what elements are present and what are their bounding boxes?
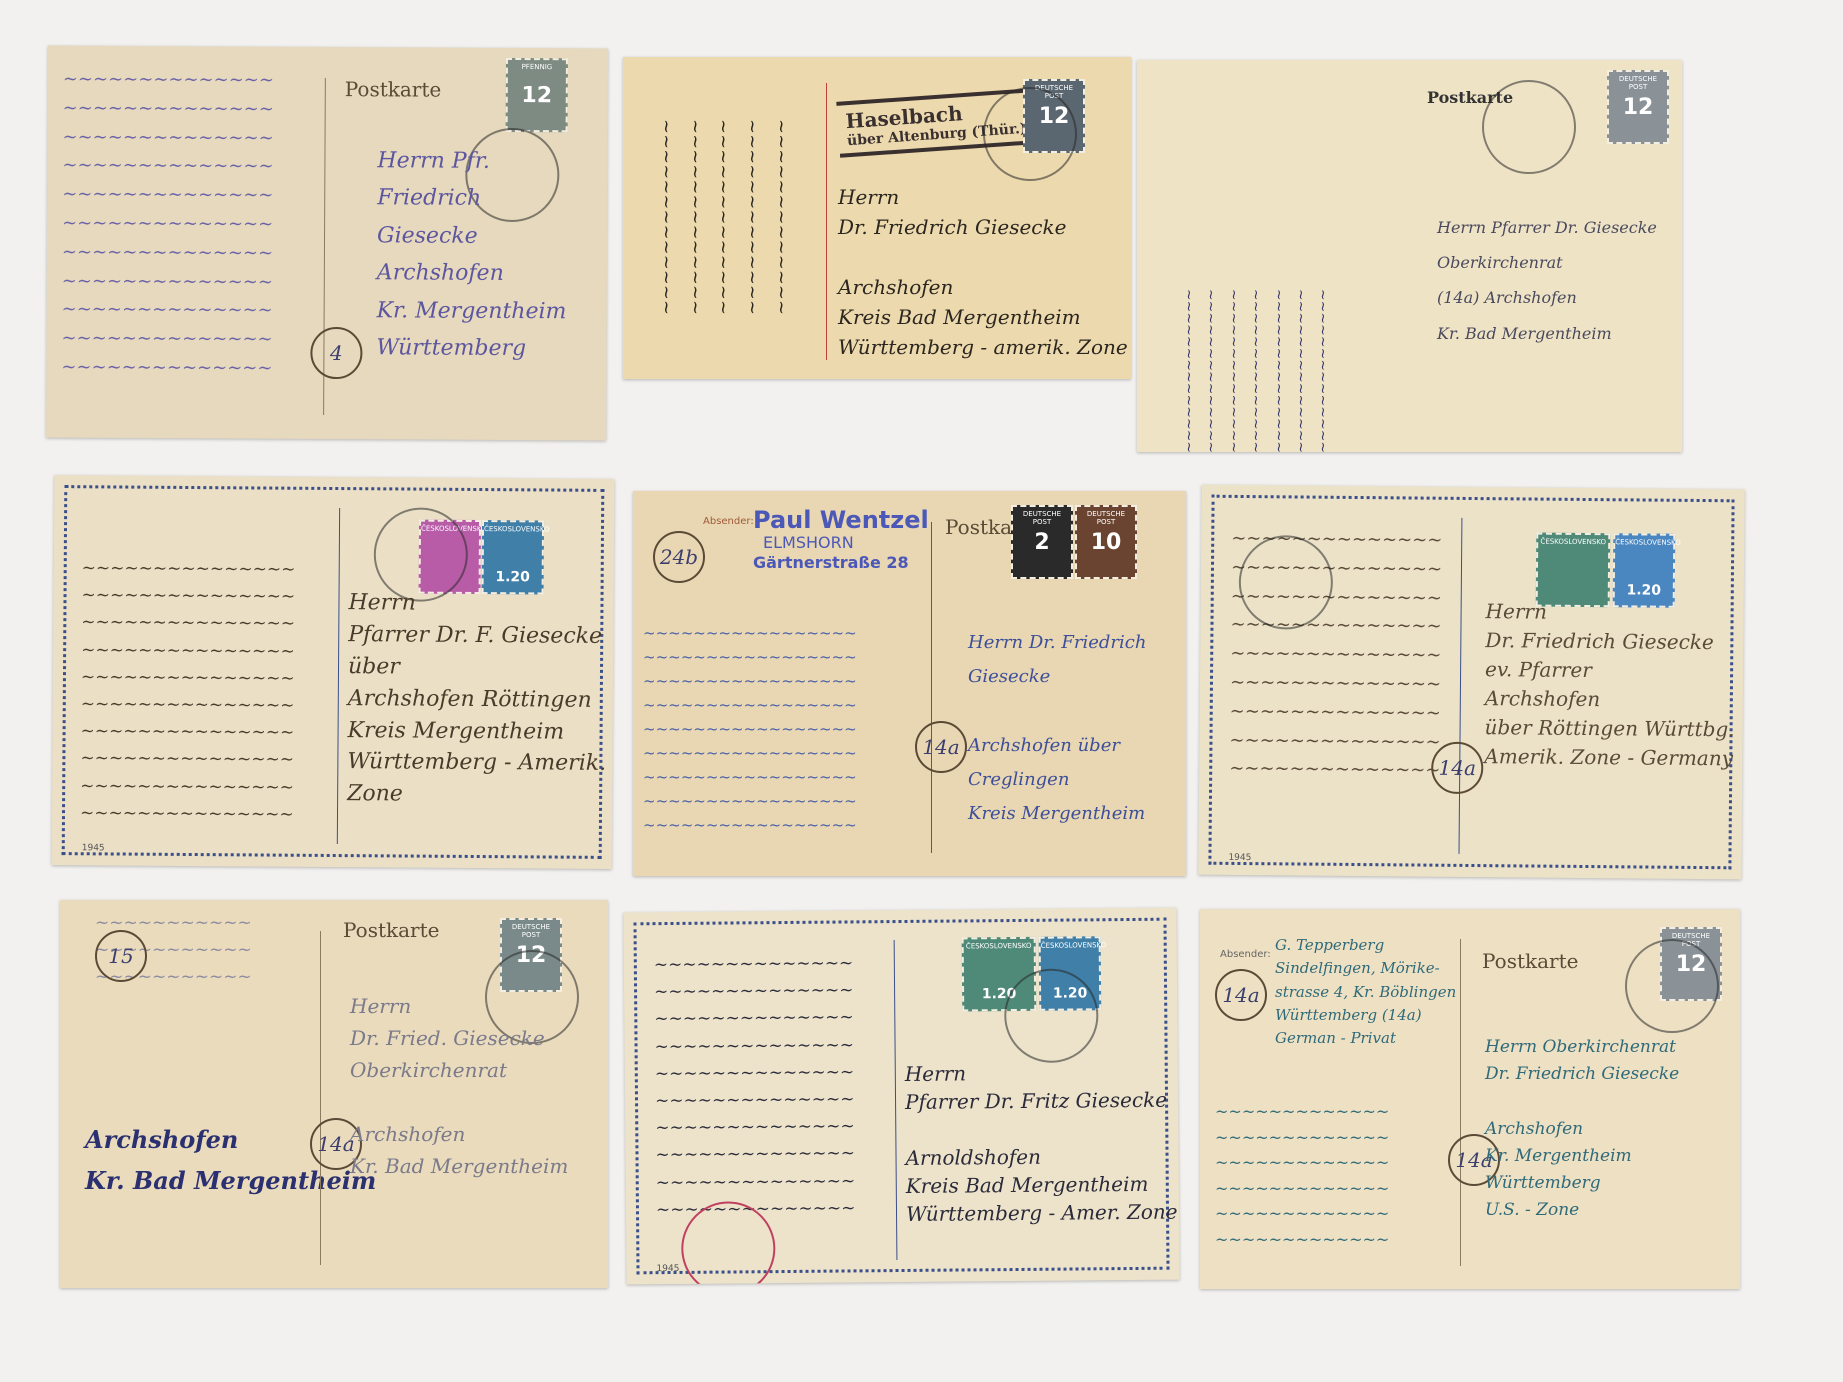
message-text: ~~~~~~~~~~~~~ ~~~~~~~~~~~~~ ~~~~~~~~~~~~… — [651, 119, 795, 379]
postcard-5: Absender: Paul Wentzel ELMSHORN Gärtners… — [633, 491, 1186, 876]
sender-label: Absender: — [1220, 949, 1271, 961]
address: Herrn Pfr. Friedrich Giesecke Archshofen… — [376, 142, 567, 367]
address: Herrn Pfarrer Dr. Giesecke Oberkirchenra… — [1437, 210, 1657, 351]
message-text: ~~~~~~~~~~~~~~ ~~~~~~~~~~~~~~ ~~~~~~~~~~… — [654, 950, 916, 1224]
print-year: 1945 — [1228, 853, 1251, 863]
message-text: ~~~~~~~~~~~~~ ~~~~~~~~~~~~~ ~~~~~~~~~~~~… — [1215, 1099, 1465, 1253]
stamp: DEUTSCHE POST2 — [1011, 505, 1073, 579]
divider — [320, 931, 321, 1265]
stamp: DEUTSCHE POST12 — [1607, 70, 1669, 144]
address: Herrn Dr. Friedrich Giesecke Archshofen … — [838, 182, 1128, 362]
address: Herrn Dr. Friedrich Giesecke ev. Pfarrer… — [1484, 597, 1736, 773]
postcard-1: ~~~~~~~~~~~~~~ ~~~~~~~~~~~~~~ ~~~~~~~~~~… — [46, 46, 608, 441]
zone-circle: 14a — [1431, 742, 1483, 794]
message-text: ~~~~~~~~~~~~~~~ ~~~~~~~~~~~~~~~ ~~~~~~~~… — [80, 555, 352, 829]
zone-circle: 15 — [95, 930, 147, 982]
zone-circle: 24b — [653, 531, 705, 583]
message-text: ~~~~~~~~~~~~~~ ~~~~~~~~~~~~~~ ~~~~~~~~~~… — [61, 66, 353, 384]
message-text: ~~~~~~~~~~~~~~~~~ ~~~~~~~~~~~~~~~~~ ~~~~… — [1179, 128, 1336, 452]
stamp: ČESKOSLOVENSKO1.20 — [482, 520, 545, 594]
postcard-title: Postkarte — [1482, 949, 1578, 973]
message-text: ~~~~~~~~~~~~~~~~~ ~~~~~~~~~~~~~~~~~ ~~~~… — [643, 621, 913, 837]
stamp-2: DEUTSCHE POST10 — [1075, 505, 1137, 579]
sender-name: Paul Wentzel — [753, 506, 929, 535]
address: Herrn Pfarrer Dr. Fritz Giesecke Arnolds… — [905, 1058, 1178, 1228]
divider — [826, 83, 827, 360]
postcard-6: ~~~~~~~~~~~~~~ ~~~~~~~~~~~~~~ ~~~~~~~~~~… — [1198, 485, 1744, 880]
postcard-8: ~~~~~~~~~~~~~~ ~~~~~~~~~~~~~~ ~~~~~~~~~~… — [623, 908, 1179, 1285]
sender-street: Gärtnerstraße 28 — [753, 553, 909, 572]
postcard-9: Absender: G. Tepperberg Sindelfingen, Mö… — [1200, 909, 1740, 1289]
zone-circle: 14a — [1215, 969, 1267, 1021]
postcard-title: Postkarte — [345, 77, 442, 102]
postmark — [1625, 939, 1719, 1033]
address: Herrn Dr. Fried. Giesecke Oberkirchenrat… — [350, 990, 568, 1182]
zone-circle: 4 — [310, 327, 362, 379]
postcard-7: ~~~~~~~~~~~ ~~~~~~~~~~~ ~~~~~~~~~~~ 15 A… — [60, 900, 608, 1288]
stamp: ČESKOSLOVENSKO1.20 — [1613, 533, 1676, 608]
postmark — [1004, 968, 1099, 1063]
address: Herrn Pfarrer Dr. F. Giesecke über Archs… — [347, 587, 614, 812]
print-year: 1945 — [82, 843, 105, 853]
postcard-2: ~~~~~~~~~~~~~ ~~~~~~~~~~~~~ ~~~~~~~~~~~~… — [623, 57, 1131, 379]
sender: G. Tepperberg Sindelfingen, Mörike- stra… — [1275, 934, 1505, 1050]
divider — [1460, 939, 1461, 1266]
postmark — [1482, 80, 1576, 174]
address: Herrn Dr. Friedrich Giesecke Archshofen … — [968, 626, 1186, 831]
postcard-3: ~~~~~~~~~~~~~~~~~ ~~~~~~~~~~~~~~~~~ ~~~~… — [1137, 60, 1682, 452]
stamp: PFENNIG12 — [506, 58, 568, 132]
postmark — [1238, 535, 1333, 630]
sender-label: Absender: — [703, 516, 754, 528]
postcard-title: Postkarte — [343, 918, 439, 942]
print-year: 1945 — [656, 1264, 679, 1274]
divider — [931, 522, 932, 853]
postcard-4: ~~~~~~~~~~~~~~~ ~~~~~~~~~~~~~~~ ~~~~~~~~… — [52, 475, 615, 869]
sender-city: ELMSHORN — [763, 533, 854, 552]
address: Herrn Oberkirchenrat Dr. Friedrich Giese… — [1485, 1034, 1679, 1224]
postmark — [983, 87, 1077, 181]
zone-circle-2: 14a — [915, 721, 967, 773]
stamp-left: ČESKOSLOVENSKO — [1536, 533, 1611, 608]
